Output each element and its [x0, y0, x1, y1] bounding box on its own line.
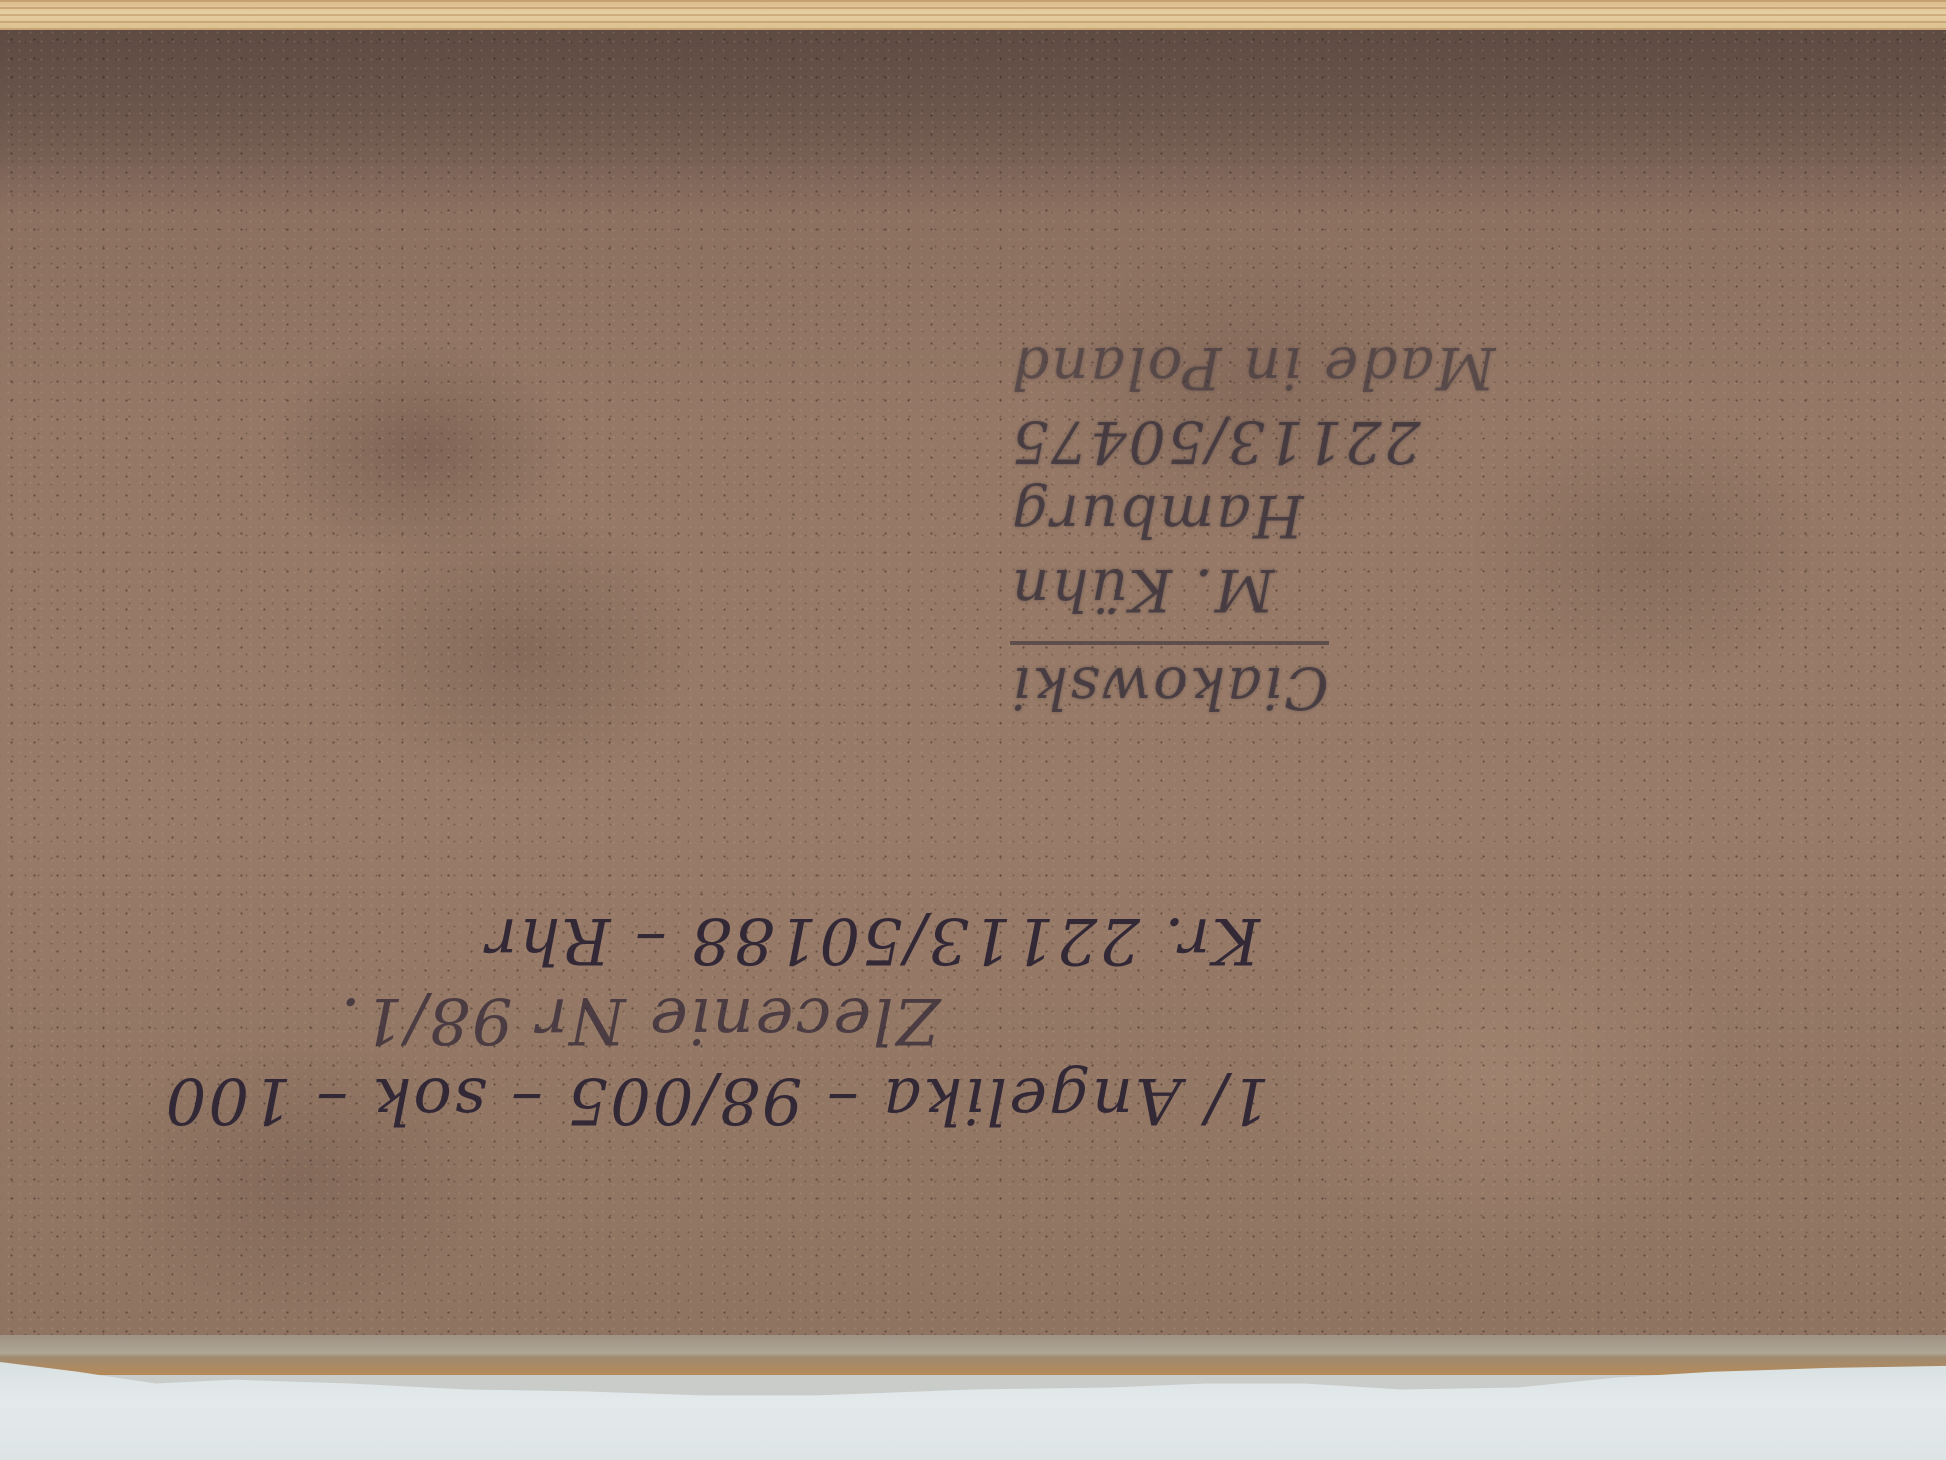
artist-name: Ciakowski [1010, 641, 1329, 725]
photo: Ciakowski M. Kühn Hamburg 22113/50475 Ma… [0, 0, 1946, 1460]
canvas-edge [0, 1362, 1946, 1460]
owner-name: M. Kühn [1010, 553, 1730, 627]
inscription-lower-left: 1/ Angelika – 98/005 – sok – 100 Zleceni… [120, 770, 1270, 1140]
origin-note: Made in Poland [1010, 331, 1730, 405]
order-number: Zlecenie Nr 98/1. [120, 980, 1270, 1060]
item-code: 1/ Angelika – 98/005 – sok – 100 [120, 1060, 1270, 1140]
registry-number: Kr. 22113/50188 – Rhr [120, 900, 1270, 980]
inscription-upper-right: Ciakowski M. Kühn Hamburg 22113/50475 Ma… [1010, 255, 1730, 725]
stretcher-bar-bottom [0, 1335, 1946, 1375]
stretcher-bar-top [0, 0, 1946, 32]
city: Hamburg [1010, 479, 1730, 553]
reference-number: 22113/50475 [1010, 405, 1730, 479]
